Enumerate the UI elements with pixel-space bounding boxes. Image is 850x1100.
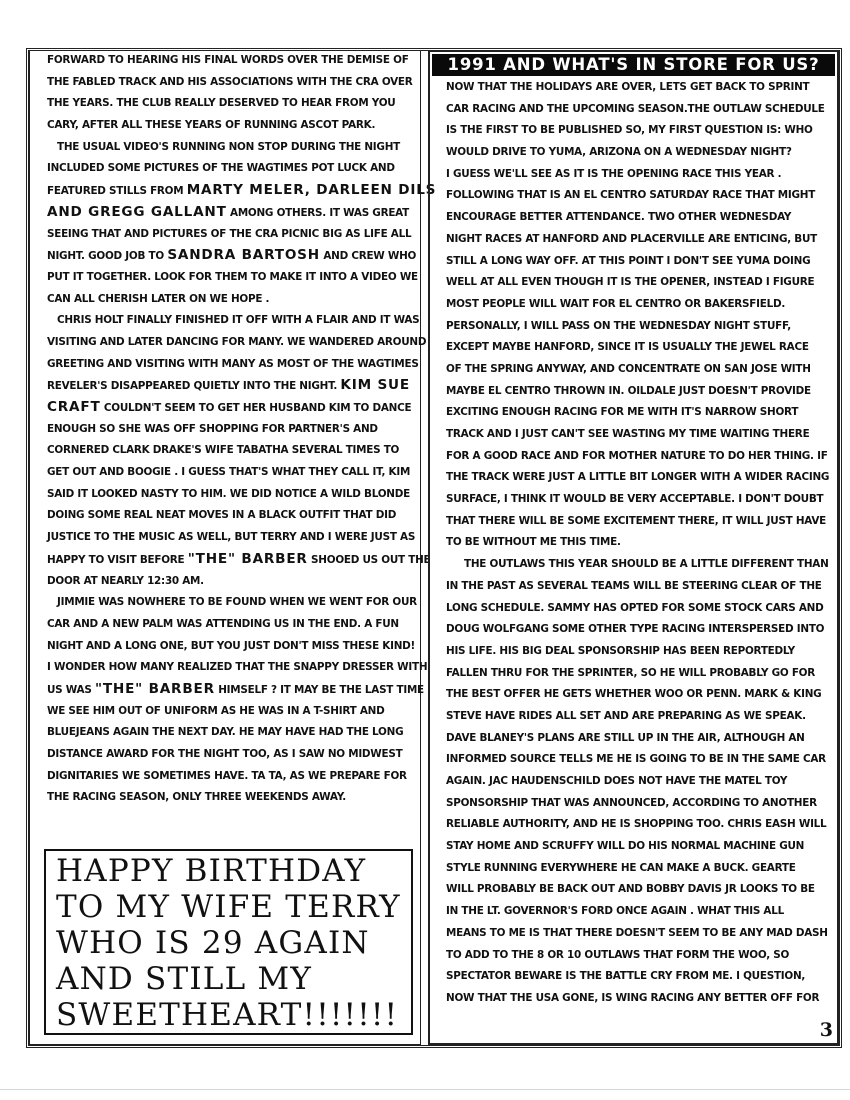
text-run: US WAS	[47, 684, 95, 696]
text-run: HIS LIFE. HIS BIG DEAL SPONSORSHIP HAS B…	[446, 645, 795, 657]
text-run: RELIABLE AUTHORITY, AND HE IS SHOPPING T…	[446, 818, 826, 830]
text-run: DIGNITARIES WE SOMETIMES HAVE. TA TA, AS…	[47, 770, 407, 782]
text-run: THE FABLED TRACK AND HIS ASSOCIATIONS WI…	[47, 76, 413, 88]
text-run: IN THE PAST AS SEVERAL TEAMS WILL BE STE…	[446, 580, 822, 592]
text-line: TO ADD TO THE 8 OR 10 OUTLAWS THAT FORM …	[446, 945, 829, 967]
text-line: BLUEJEANS AGAIN THE NEXT DAY. HE MAY HAV…	[47, 722, 412, 744]
text-run: WILL PROBABLY BE BACK OUT AND BOBBY DAVI…	[446, 883, 815, 895]
highlighted-name: KIM SUE	[340, 377, 410, 393]
text-run: INCLUDED SOME PICTURES OF THE WAGTIMES P…	[47, 162, 395, 174]
right-column: 1991 AND WHAT'S IN STORE FOR US? NOW THA…	[428, 50, 839, 1045]
text-run: I GUESS WE'LL SEE AS IT IS THE OPENING R…	[446, 168, 781, 180]
birthday-line: HAPPY BIRTHDAY	[56, 853, 411, 889]
text-run: AND CREW WHO	[320, 250, 416, 262]
text-line: FOR A GOOD RACE AND FOR MOTHER NATURE TO…	[446, 446, 829, 468]
text-line: THAT THERE WILL BE SOME EXCITEMENT THERE…	[446, 511, 829, 533]
text-run: I WONDER HOW MANY REALIZED THAT THE SNAP…	[47, 661, 427, 673]
text-run: THE USUAL VIDEO'S RUNNING NON STOP DURIN…	[57, 141, 400, 153]
text-line: AGAIN. JAC HAUDENSCHILD DOES NOT HAVE TH…	[446, 771, 829, 793]
text-line: THE OUTLAWS THIS YEAR SHOULD BE A LITTLE…	[446, 554, 829, 576]
text-run: JUSTICE TO THE MUSIC AS WELL, BUT TERRY …	[47, 531, 415, 543]
text-run: THE BEST OFFER HE GETS WHETHER WOO OR PE…	[446, 688, 821, 700]
text-run: FEATURED STILLS FROM	[47, 185, 187, 197]
text-line: MAYBE EL CENTRO THROWN IN. OILDALE JUST …	[446, 381, 829, 403]
text-run: THE TRACK WERE JUST A LITTLE BIT LONGER …	[446, 471, 829, 483]
text-run: CHRIS HOLT FINALLY FINISHED IT OFF WITH …	[57, 314, 419, 326]
text-run: CAN ALL CHERISH LATER ON WE HOPE .	[47, 293, 269, 305]
text-line: THE RACING SEASON, ONLY THREE WEEKENDS A…	[47, 787, 412, 809]
text-line: STILL A LONG WAY OFF. AT THIS POINT I DO…	[446, 251, 829, 273]
text-run: SHOOED US OUT THE	[308, 554, 431, 566]
text-run: HIMSELF ? IT MAY BE THE LAST TIME	[215, 684, 424, 696]
text-line: US WAS "THE" BARBER HIMSELF ? IT MAY BE …	[47, 679, 412, 701]
text-line: FORWARD TO HEARING HIS FINAL WORDS OVER …	[47, 50, 412, 72]
text-run: THE YEARS. THE CLUB REALLY DESERVED TO H…	[47, 97, 395, 109]
text-line: DAVE BLANEY'S PLANS ARE STILL UP IN THE …	[446, 728, 829, 750]
text-run: OF THE SPRING ANYWAY, AND CONCENTRATE ON…	[446, 363, 811, 375]
text-run: GET OUT AND BOOGIE . I GUESS THAT'S WHAT…	[47, 466, 410, 478]
text-line: SURFACE, I THINK IT WOULD BE VERY ACCEPT…	[446, 489, 829, 511]
text-run: LONG SCHEDULE. SAMMY HAS OPTED FOR SOME …	[446, 602, 824, 614]
text-run: TRACK AND I JUST CAN'T SEE WASTING MY TI…	[446, 428, 809, 440]
text-run: SPONSORSHIP THAT WAS ANNOUNCED, ACCORDIN…	[446, 797, 817, 809]
text-run: NOW THAT THE USA GONE, IS WING RACING AN…	[446, 992, 819, 1004]
text-line: CAR AND A NEW PALM WAS ATTENDING US IN T…	[47, 614, 412, 636]
highlighted-name: SANDRA BARTOSH	[167, 247, 320, 263]
text-line: SEEING THAT AND PICTURES OF THE CRA PICN…	[47, 224, 412, 246]
text-run: SAID IT LOOKED NASTY TO HIM. WE DID NOTI…	[47, 488, 410, 500]
text-run: NIGHT. GOOD JOB TO	[47, 250, 167, 262]
text-line: THE FABLED TRACK AND HIS ASSOCIATIONS WI…	[47, 72, 412, 94]
text-run: COULDN'T SEEM TO GET HER HUSBAND KIM TO …	[101, 402, 412, 414]
text-line: REVELER'S DISAPPEARED QUIETLY INTO THE N…	[47, 375, 412, 397]
text-line: FALLEN THRU FOR THE SPRINTER, SO HE WILL…	[446, 663, 829, 685]
left-column: FORWARD TO HEARING HIS FINAL WORDS OVER …	[29, 50, 421, 1045]
text-run: GREETING AND VISITING WITH MANY AS MOST …	[47, 358, 419, 370]
text-run: AGAIN. JAC HAUDENSCHILD DOES NOT HAVE TH…	[446, 775, 787, 787]
text-line: NIGHT AND A LONG ONE, BUT YOU JUST DON'T…	[47, 636, 412, 658]
birthday-line: AND STILL MY	[56, 961, 411, 997]
text-run: ENCOURAGE BETTER ATTENDANCE. TWO OTHER W…	[446, 211, 791, 223]
text-line: HIS LIFE. HIS BIG DEAL SPONSORSHIP HAS B…	[446, 641, 829, 663]
text-line: IN THE LT. GOVERNOR'S FORD ONCE AGAIN . …	[446, 901, 829, 923]
text-line: DOUG WOLFGANG SOME OTHER TYPE RACING INT…	[446, 619, 829, 641]
text-line: IN THE PAST AS SEVERAL TEAMS WILL BE STE…	[446, 576, 829, 598]
text-run: CARY, AFTER ALL THESE YEARS OF RUNNING A…	[47, 119, 375, 131]
text-line: PUT IT TOGETHER. LOOK FOR THEM TO MAKE I…	[47, 267, 412, 289]
text-line: CORNERED CLARK DRAKE'S WIFE TABATHA SEVE…	[47, 440, 412, 462]
text-line: GREETING AND VISITING WITH MANY AS MOST …	[47, 354, 412, 376]
text-line: OF THE SPRING ANYWAY, AND CONCENTRATE ON…	[446, 359, 829, 381]
highlighted-name: CRAFT	[47, 399, 101, 415]
birthday-line: TO MY WIFE TERRY	[56, 889, 411, 925]
text-line: THE TRACK WERE JUST A LITTLE BIT LONGER …	[446, 467, 829, 489]
text-line: DISTANCE AWARD FOR THE NIGHT TOO, AS I S…	[47, 744, 412, 766]
text-line: INFORMED SOURCE TELLS ME HE IS GOING TO …	[446, 749, 829, 771]
text-run: THAT THERE WILL BE SOME EXCITEMENT THERE…	[446, 515, 826, 527]
text-line: AND GREGG GALLANT AMONG OTHERS. IT WAS G…	[47, 202, 412, 224]
text-line: IS THE FIRST TO BE PUBLISHED SO, MY FIRS…	[446, 120, 829, 142]
text-line: WELL AT ALL EVEN THOUGH IT IS THE OPENER…	[446, 272, 829, 294]
text-line: JUSTICE TO THE MUSIC AS WELL, BUT TERRY …	[47, 527, 412, 549]
text-line: CAR RACING AND THE UPCOMING SEASON.THE O…	[446, 99, 829, 121]
text-run: EXCEPT MAYBE HANFORD, SINCE IT IS USUALL…	[446, 341, 809, 353]
text-line: EXCITING ENOUGH RACING FOR ME WITH IT'S …	[446, 402, 829, 424]
text-line: EXCEPT MAYBE HANFORD, SINCE IT IS USUALL…	[446, 337, 829, 359]
text-run: STYLE RUNNING EVERYWHERE HE CAN MAKE A B…	[446, 862, 796, 874]
text-run: TO BE WITHOUT ME THIS TIME.	[446, 536, 621, 548]
text-line: RELIABLE AUTHORITY, AND HE IS SHOPPING T…	[446, 814, 829, 836]
text-run: NIGHT AND A LONG ONE, BUT YOU JUST DON'T…	[47, 640, 415, 652]
birthday-line: WHO IS 29 AGAIN	[56, 925, 411, 961]
text-line: SPECTATOR BEWARE IS THE BATTLE CRY FROM …	[446, 966, 829, 988]
text-run: WE SEE HIM OUT OF UNIFORM AS HE WAS IN A…	[47, 705, 384, 717]
text-line: THE USUAL VIDEO'S RUNNING NON STOP DURIN…	[47, 137, 412, 159]
text-line: NOW THAT THE HOLIDAYS ARE OVER, LETS GET…	[446, 77, 829, 99]
text-run: FALLEN THRU FOR THE SPRINTER, SO HE WILL…	[446, 667, 815, 679]
birthday-line: SWEETHEART!!!!!!!	[56, 997, 411, 1033]
text-line: I WONDER HOW MANY REALIZED THAT THE SNAP…	[47, 657, 412, 679]
text-run: MEANS TO ME IS THAT THERE DOESN'T SEEM T…	[446, 927, 828, 939]
text-line: LONG SCHEDULE. SAMMY HAS OPTED FOR SOME …	[446, 598, 829, 620]
text-run: THE RACING SEASON, ONLY THREE WEEKENDS A…	[47, 791, 346, 803]
text-line: WOULD DRIVE TO YUMA, ARIZONA ON A WEDNES…	[446, 142, 829, 164]
highlighted-name: MARTY MELER, DARLEEN DILS	[187, 182, 437, 198]
text-line: WE SEE HIM OUT OF UNIFORM AS HE WAS IN A…	[47, 701, 412, 723]
text-line: THE YEARS. THE CLUB REALLY DESERVED TO H…	[47, 93, 412, 115]
text-line: NOW THAT THE USA GONE, IS WING RACING AN…	[446, 988, 829, 1010]
text-run: MAYBE EL CENTRO THROWN IN. OILDALE JUST …	[446, 385, 811, 397]
text-run: SPECTATOR BEWARE IS THE BATTLE CRY FROM …	[446, 970, 805, 982]
text-run: WOULD DRIVE TO YUMA, ARIZONA ON A WEDNES…	[446, 146, 792, 158]
page-number: 3	[820, 1019, 833, 1041]
text-run: DOOR AT NEARLY 12:30 AM.	[47, 575, 204, 587]
text-line: STAY HOME AND SCRUFFY WILL DO HIS NORMAL…	[446, 836, 829, 858]
text-run: IS THE FIRST TO BE PUBLISHED SO, MY FIRS…	[446, 124, 813, 136]
scan-edge-divider	[0, 1089, 850, 1090]
text-line: VISITING AND LATER DANCING FOR MANY. WE …	[47, 332, 412, 354]
text-run: AMONG OTHERS. IT WAS GREAT	[227, 207, 409, 219]
right-article-text: NOW THAT THE HOLIDAYS ARE OVER, LETS GET…	[446, 77, 829, 1010]
text-run: PUT IT TOGETHER. LOOK FOR THEM TO MAKE I…	[47, 271, 418, 283]
text-run: DAVE BLANEY'S PLANS ARE STILL UP IN THE …	[446, 732, 805, 744]
text-line: MOST PEOPLE WILL WAIT FOR EL CENTRO OR B…	[446, 294, 829, 316]
text-run: MOST PEOPLE WILL WAIT FOR EL CENTRO OR B…	[446, 298, 785, 310]
text-line: DOOR AT NEARLY 12:30 AM.	[47, 571, 412, 593]
text-run: BLUEJEANS AGAIN THE NEXT DAY. HE MAY HAV…	[47, 726, 403, 738]
text-run: REVELER'S DISAPPEARED QUIETLY INTO THE N…	[47, 380, 340, 392]
text-run: STAY HOME AND SCRUFFY WILL DO HIS NORMAL…	[446, 840, 804, 852]
text-run: CAR AND A NEW PALM WAS ATTENDING US IN T…	[47, 618, 399, 630]
highlighted-name: AND GREGG GALLANT	[47, 204, 227, 220]
text-run: DOUG WOLFGANG SOME OTHER TYPE RACING INT…	[446, 623, 824, 635]
text-run: TO ADD TO THE 8 OR 10 OUTLAWS THAT FORM …	[446, 949, 789, 961]
text-line: WILL PROBABLY BE BACK OUT AND BOBBY DAVI…	[446, 879, 829, 901]
text-run: NIGHT RACES AT HANFORD AND PLACERVILLE A…	[446, 233, 817, 245]
text-run: SEEING THAT AND PICTURES OF THE CRA PICN…	[47, 228, 411, 240]
text-line: CRAFT COULDN'T SEEM TO GET HER HUSBAND K…	[47, 397, 412, 419]
text-line: SPONSORSHIP THAT WAS ANNOUNCED, ACCORDIN…	[446, 793, 829, 815]
text-run: HAPPY TO VISIT BEFORE	[47, 554, 188, 566]
text-run: CAR RACING AND THE UPCOMING SEASON.THE O…	[446, 103, 825, 115]
text-line: NIGHT. GOOD JOB TO SANDRA BARTOSH AND CR…	[47, 245, 412, 267]
highlighted-name: "THE" BARBER	[188, 551, 308, 567]
text-line: I GUESS WE'LL SEE AS IT IS THE OPENING R…	[446, 164, 829, 186]
text-line: NIGHT RACES AT HANFORD AND PLACERVILLE A…	[446, 229, 829, 251]
text-run: PERSONALLY, I WILL PASS ON THE WEDNESDAY…	[446, 320, 791, 332]
text-run: INFORMED SOURCE TELLS ME HE IS GOING TO …	[446, 753, 826, 765]
text-line: TO BE WITHOUT ME THIS TIME.	[446, 532, 829, 554]
text-line: DOING SOME REAL NEAT MOVES IN A BLACK OU…	[47, 505, 412, 527]
text-line: FOLLOWING THAT IS AN EL CENTRO SATURDAY …	[446, 185, 829, 207]
text-line: ENOUGH SO SHE WAS OFF SHOPPING FOR PARTN…	[47, 419, 412, 441]
birthday-announcement-box: HAPPY BIRTHDAYTO MY WIFE TERRYWHO IS 29 …	[44, 849, 413, 1035]
text-line: SAID IT LOOKED NASTY TO HIM. WE DID NOTI…	[47, 484, 412, 506]
left-article-text: FORWARD TO HEARING HIS FINAL WORDS OVER …	[47, 50, 412, 809]
text-line: ENCOURAGE BETTER ATTENDANCE. TWO OTHER W…	[446, 207, 829, 229]
text-line: STYLE RUNNING EVERYWHERE HE CAN MAKE A B…	[446, 858, 829, 880]
text-line: JIMMIE WAS NOWHERE TO BE FOUND WHEN WE W…	[47, 592, 412, 614]
text-line: CARY, AFTER ALL THESE YEARS OF RUNNING A…	[47, 115, 412, 137]
text-run: CORNERED CLARK DRAKE'S WIFE TABATHA SEVE…	[47, 444, 399, 456]
highlighted-name: "THE" BARBER	[95, 681, 215, 697]
text-line: PERSONALLY, I WILL PASS ON THE WEDNESDAY…	[446, 316, 829, 338]
text-run: STEVE HAVE RIDES ALL SET AND ARE PREPARI…	[446, 710, 806, 722]
text-run: EXCITING ENOUGH RACING FOR ME WITH IT'S …	[446, 406, 798, 418]
text-line: CAN ALL CHERISH LATER ON WE HOPE .	[47, 289, 412, 311]
text-line: HAPPY TO VISIT BEFORE "THE" BARBER SHOOE…	[47, 549, 412, 571]
text-line: TRACK AND I JUST CAN'T SEE WASTING MY TI…	[446, 424, 829, 446]
text-run: DISTANCE AWARD FOR THE NIGHT TOO, AS I S…	[47, 748, 402, 760]
text-run: STILL A LONG WAY OFF. AT THIS POINT I DO…	[446, 255, 810, 267]
text-run: NOW THAT THE HOLIDAYS ARE OVER, LETS GET…	[446, 81, 809, 93]
text-run: JIMMIE WAS NOWHERE TO BE FOUND WHEN WE W…	[57, 596, 417, 608]
text-run: WELL AT ALL EVEN THOUGH IT IS THE OPENER…	[446, 276, 814, 288]
text-run: FOR A GOOD RACE AND FOR MOTHER NATURE TO…	[446, 450, 828, 462]
text-line: STEVE HAVE RIDES ALL SET AND ARE PREPARI…	[446, 706, 829, 728]
text-line: THE BEST OFFER HE GETS WHETHER WOO OR PE…	[446, 684, 829, 706]
text-run: VISITING AND LATER DANCING FOR MANY. WE …	[47, 336, 426, 348]
text-run: IN THE LT. GOVERNOR'S FORD ONCE AGAIN . …	[446, 905, 784, 917]
text-run: THE OUTLAWS THIS YEAR SHOULD BE A LITTLE…	[464, 558, 829, 570]
text-line: FEATURED STILLS FROM MARTY MELER, DARLEE…	[47, 180, 412, 202]
text-run: SURFACE, I THINK IT WOULD BE VERY ACCEPT…	[446, 493, 823, 505]
text-run: FORWARD TO HEARING HIS FINAL WORDS OVER …	[47, 54, 409, 66]
text-line: CHRIS HOLT FINALLY FINISHED IT OFF WITH …	[47, 310, 412, 332]
text-line: MEANS TO ME IS THAT THERE DOESN'T SEEM T…	[446, 923, 829, 945]
text-line: GET OUT AND BOOGIE . I GUESS THAT'S WHAT…	[47, 462, 412, 484]
text-run: DOING SOME REAL NEAT MOVES IN A BLACK OU…	[47, 509, 396, 521]
article-heading: 1991 AND WHAT'S IN STORE FOR US?	[432, 54, 835, 76]
text-run: ENOUGH SO SHE WAS OFF SHOPPING FOR PARTN…	[47, 423, 378, 435]
text-line: INCLUDED SOME PICTURES OF THE WAGTIMES P…	[47, 158, 412, 180]
text-run: FOLLOWING THAT IS AN EL CENTRO SATURDAY …	[446, 189, 815, 201]
text-line: DIGNITARIES WE SOMETIMES HAVE. TA TA, AS…	[47, 766, 412, 788]
